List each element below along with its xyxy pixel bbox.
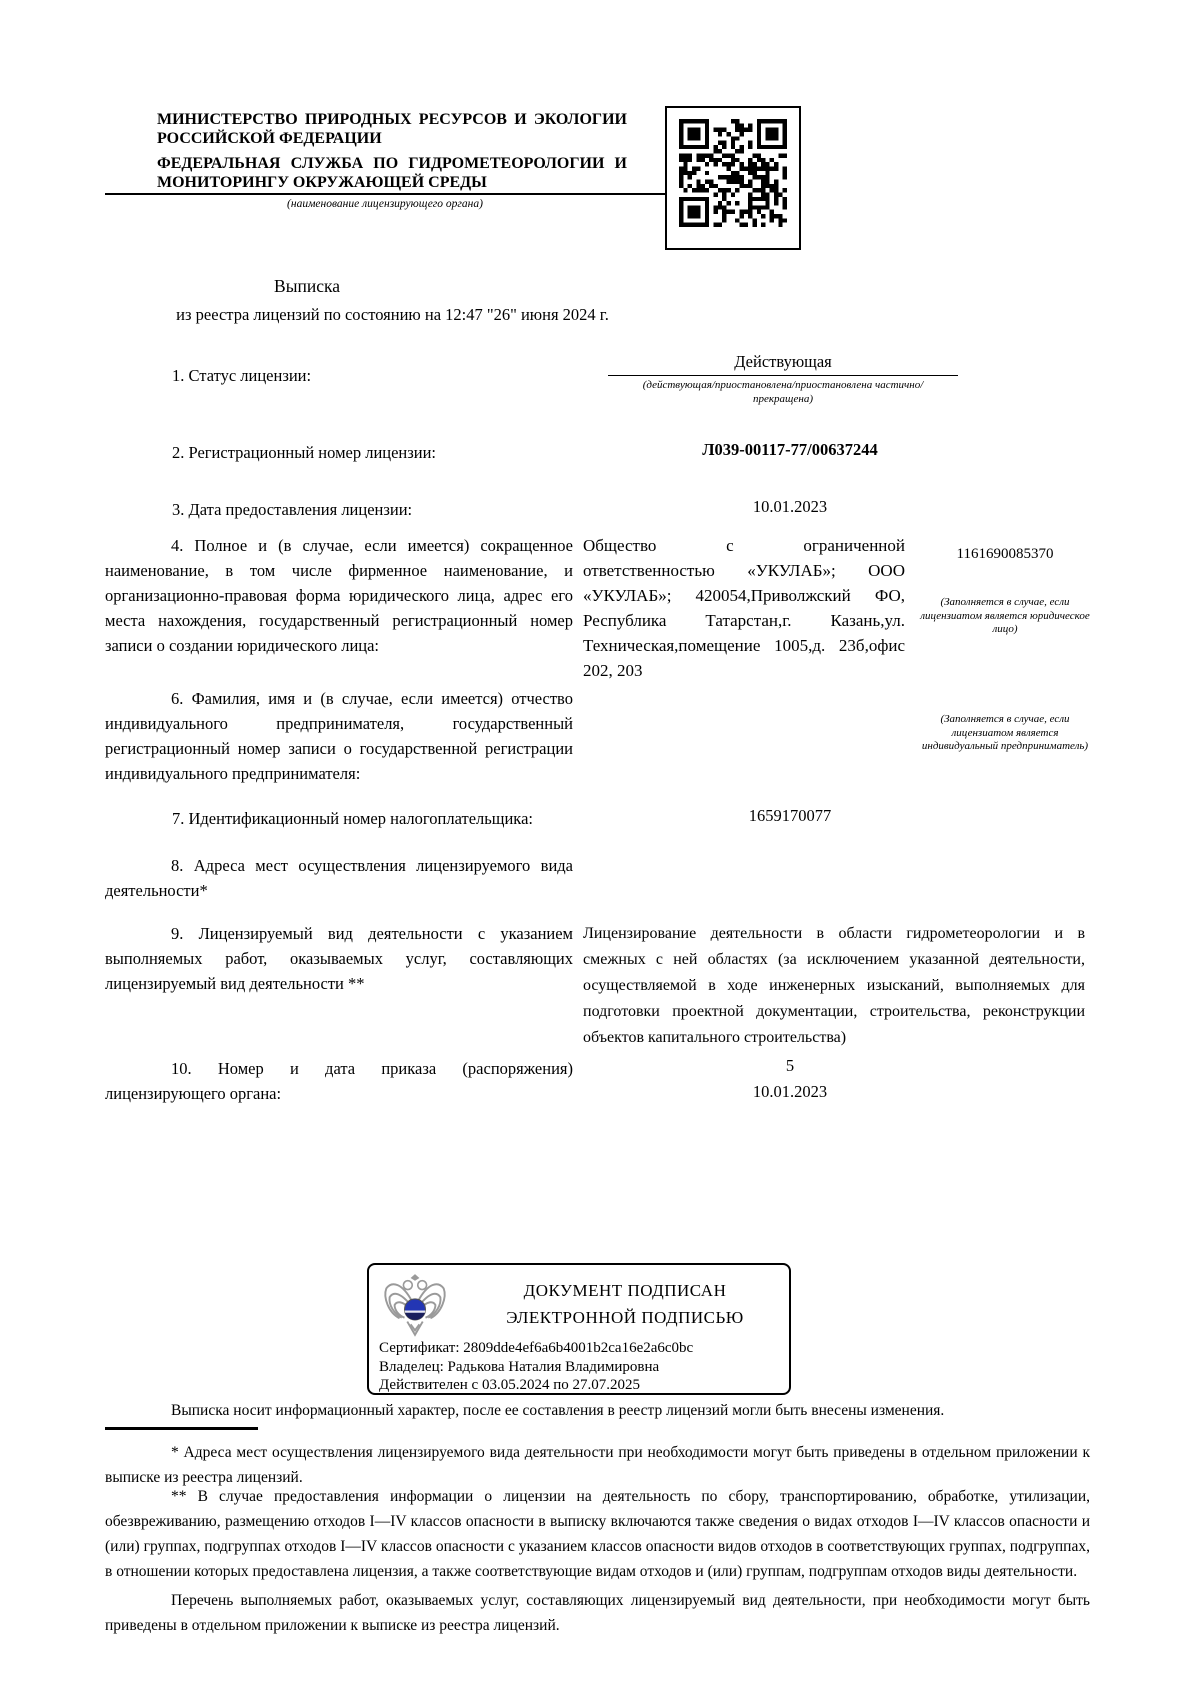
status-hint: (действующая/приостановлена/приостановле… bbox=[638, 379, 928, 406]
stamp-title-block: ДОКУМЕНТ ПОДПИСАН ЭЛЕКТРОННОЙ ПОДПИСЬЮ bbox=[467, 1277, 783, 1331]
org-value: Общество с ограниченной ответственностью… bbox=[583, 533, 905, 683]
stamp-certificate-block: Сертификат: 2809dde4ef6a6b4001b2ca16e2a6… bbox=[379, 1339, 693, 1395]
inn-label: 7. Идентификационный номер налогоплатель… bbox=[172, 806, 533, 831]
qr-code-icon bbox=[679, 119, 787, 227]
order-date-value: 10.01.2023 bbox=[600, 1082, 980, 1102]
reg-number-value: Л039-00117-77/00637244 bbox=[600, 440, 980, 460]
org-note: (Заполняется в случае, если лицензиатом … bbox=[915, 596, 1095, 637]
grant-date-value: 10.01.2023 bbox=[600, 497, 980, 517]
org-ogrn: 1161690085370 bbox=[920, 546, 1090, 563]
document-subtitle: из реестра лицензий по состоянию на 12:4… bbox=[105, 305, 680, 325]
footnote-first: * Адреса мест осуществления лицензируемо… bbox=[105, 1440, 1090, 1490]
licensing-authority-header: МИНИСТЕРСТВО ПРИРОДНЫХ РЕСУРСОВ И ЭКОЛОГ… bbox=[157, 110, 627, 192]
status-value: Действующая bbox=[608, 352, 958, 372]
status-value-block: Действующая (действующая/приостановлена/… bbox=[608, 352, 958, 406]
inn-value: 1659170077 bbox=[600, 806, 980, 826]
document-title: Выписка bbox=[157, 276, 457, 297]
reg-number-label: 2. Регистрационный номер лицензии: bbox=[172, 440, 436, 465]
disclaimer-text: Выписка носит информационный характер, п… bbox=[105, 1402, 1090, 1420]
activity-label: 9. Лицензируемый вид деятельности с указ… bbox=[105, 921, 573, 996]
addresses-label: 8. Адреса мест осуществления лицензируем… bbox=[105, 853, 573, 903]
footnote-second: ** В случае предоставления информации о … bbox=[105, 1484, 1090, 1584]
eagle-emblem-icon bbox=[379, 1273, 451, 1337]
stamp-title-line1: ДОКУМЕНТ ПОДПИСАН bbox=[467, 1277, 783, 1304]
electronic-signature-stamp: ДОКУМЕНТ ПОДПИСАН ЭЛЕКТРОННОЙ ПОДПИСЬЮ С… bbox=[367, 1263, 791, 1395]
service-name: ФЕДЕРАЛЬНАЯ СЛУЖБА ПО ГИДРОМЕТЕОРОЛОГИИ … bbox=[157, 154, 627, 192]
footnote-third: Перечень выполняемых работ, оказываемых … bbox=[105, 1588, 1090, 1638]
stamp-title-line2: ЭЛЕКТРОННОЙ ПОДПИСЬЮ bbox=[467, 1304, 783, 1331]
certificate-validity: Действителен с 03.05.2024 по 27.07.2025 bbox=[379, 1376, 693, 1395]
certificate-number: Сертификат: 2809dde4ef6a6b4001b2ca16e2a6… bbox=[379, 1339, 693, 1358]
certificate-owner: Владелец: Радькова Наталия Владимировна bbox=[379, 1358, 693, 1377]
header-caption: (наименование лицензирующего органа) bbox=[105, 198, 665, 210]
status-label: 1. Статус лицензии: bbox=[172, 363, 311, 388]
status-value-underline bbox=[608, 375, 958, 376]
footnote-separator bbox=[105, 1427, 258, 1430]
order-number-value: 5 bbox=[600, 1056, 980, 1076]
grant-date-label: 3. Дата предоставления лицензии: bbox=[172, 497, 412, 522]
entrepreneur-note: (Заполняется в случае, если лицензиатом … bbox=[915, 713, 1095, 754]
qr-code-frame bbox=[665, 106, 801, 250]
org-label: 4. Полное и (в случае, если имеется) сок… bbox=[105, 533, 573, 658]
license-extract-document: МИНИСТЕРСТВО ПРИРОДНЫХ РЕСУРСОВ И ЭКОЛОГ… bbox=[0, 0, 1190, 1684]
order-label: 10. Номер и дата приказа (распоряжения) … bbox=[105, 1056, 573, 1106]
activity-value: Лицензирование деятельности в области ги… bbox=[583, 921, 1085, 1051]
header-underline bbox=[105, 193, 665, 195]
ministry-name: МИНИСТЕРСТВО ПРИРОДНЫХ РЕСУРСОВ И ЭКОЛОГ… bbox=[157, 110, 627, 148]
entrepreneur-label: 6. Фамилия, имя и (в случае, если имеетс… bbox=[105, 686, 573, 786]
